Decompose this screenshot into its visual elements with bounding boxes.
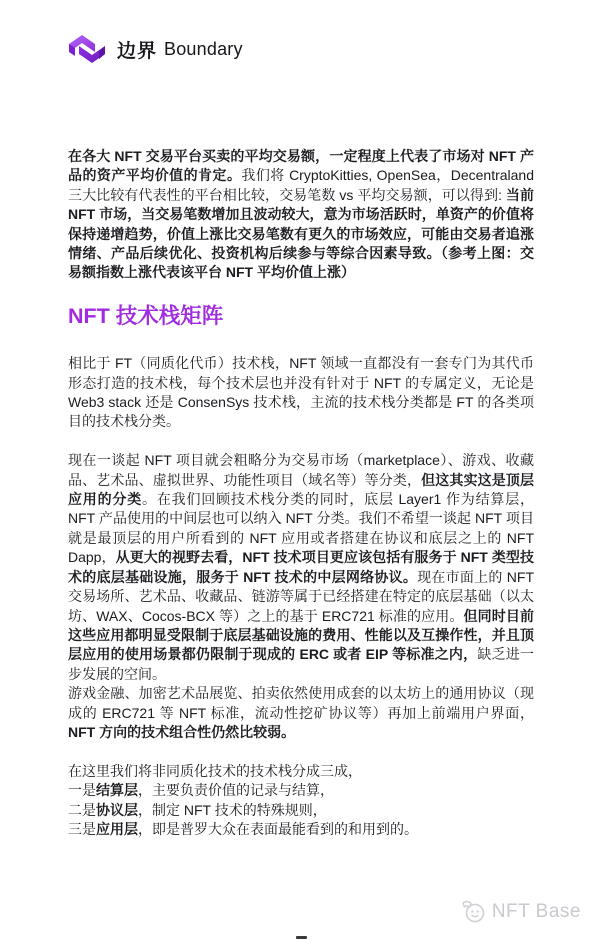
body-text: ，主要负责价值的记录与结算， [138,782,334,798]
body-text: 游戏金融、加密艺术品展览、拍卖依然使用成套的以太坊上的通用协议（现成的 ERC7… [68,685,534,720]
watermark: NFT Base [459,899,581,925]
section-heading: NFT 技术栈矩阵 [68,302,534,330]
body-text: 二是 [68,802,96,818]
emphasis-text: NFT 方向的技术组合性仍然比较弱。 [68,724,295,740]
watermark-label: NFT Base [492,901,581,923]
article-page: 边界 Boundary 在各大 NFT 交易平台买卖的平均交易额，一定程度上代表… [0,0,600,943]
body-text: 三是 [68,821,96,837]
article-body: 在各大 NFT 交易平台买卖的平均交易额，一定程度上代表了市场对 NFT 产品的… [68,147,534,859]
paragraph: 在各大 NFT 交易平台买卖的平均交易额，一定程度上代表了市场对 NFT 产品的… [68,147,534,283]
list-line: 一是结算层，主要负责价值的记录与结算， [68,781,534,800]
nft-base-logo-icon [459,899,486,925]
page-footer-dash [296,936,307,939]
body-text: 在这里我们将非同质化技术的技术栈分成三成， [68,763,362,779]
stack-layers-list: 在这里我们将非同质化技术的技术栈分成三成，一是结算层，主要负责价值的记录与结算，… [68,762,534,840]
emphasis-text: 结算层 [96,782,138,798]
body-text: 相比于 FT（同质化代币）技术栈，NFT 领域一直都没有一套专门为其代币形态打造… [68,355,534,429]
paragraph: 相比于 FT（同质化代币）技术栈，NFT 领域一直都没有一套专门为其代币形态打造… [68,354,534,432]
list-line: 二是协议层，制定 NFT 技术的特殊规则， [68,801,534,820]
brand-name-en: Boundary [164,39,243,60]
list-line: 三是应用层，即是普罗大众在表面最能看到的和用到的。 [68,820,534,839]
boundary-logo-icon [66,28,108,70]
list-line: 在这里我们将非同质化技术的技术栈分成三成， [68,762,534,781]
emphasis-text: 协议层 [96,802,138,818]
body-text: ，即是普罗大众在表面最能看到的和用到的。 [138,821,418,837]
brand-header: 边界 Boundary [66,28,243,70]
emphasis-text: 应用层 [96,821,138,837]
body-text: 一是 [68,782,96,798]
brand-name: 边界 Boundary [117,36,243,63]
paragraph: 现在一谈起 NFT 项目就会粗略分为交易市场（marketplace）、游戏、收… [68,451,534,684]
brand-name-cn: 边界 [117,36,157,63]
paragraph: 游戏金融、加密艺术品展览、拍卖依然使用成套的以太坊上的通用协议（现成的 ERC7… [68,684,534,742]
body-text: ，制定 NFT 技术的特殊规则， [138,802,327,818]
